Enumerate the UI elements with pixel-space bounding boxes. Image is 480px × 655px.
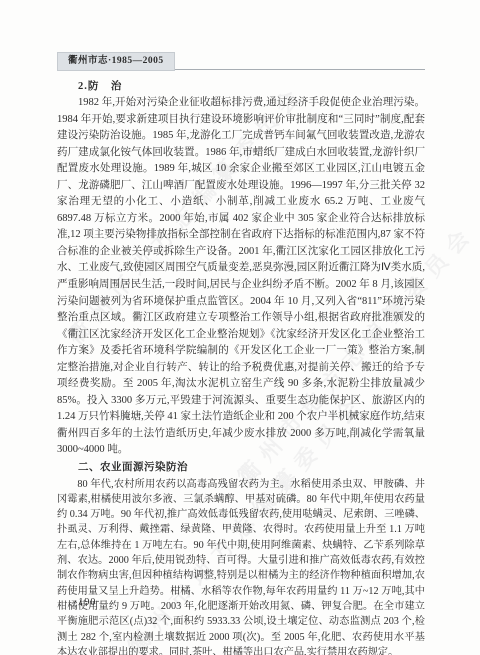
page-number: ·190· [74,597,101,608]
section-paragraph-agriculture: 80 年代,农村所用农药以高毒高残留农药为主。水稻使用杀虫双、甲胺磷、井冈霉素,… [57,477,425,655]
section-heading-prevention: 2.防 治 [57,78,425,95]
page-content: 2.防 治 1982 年,开始对污染企业征收超标排污费,通过经济手段促使企业治理… [57,78,425,655]
section-heading-agriculture: 二、农业面源污染防治 [57,459,425,477]
header-title: 衢州市志·1985—2005 [68,56,164,66]
book-page: 衢州市地方志编纂委员会 衢州市地方志编纂委员会 衢州市地方志编纂委员会 衢州市志… [0,0,480,655]
section-paragraph-prevention: 1982 年,开始对污染企业征收超标排污费,通过经济手段促使企业治理污染。198… [57,95,425,459]
running-header: 衢州市志·1985—2005 [57,52,175,71]
